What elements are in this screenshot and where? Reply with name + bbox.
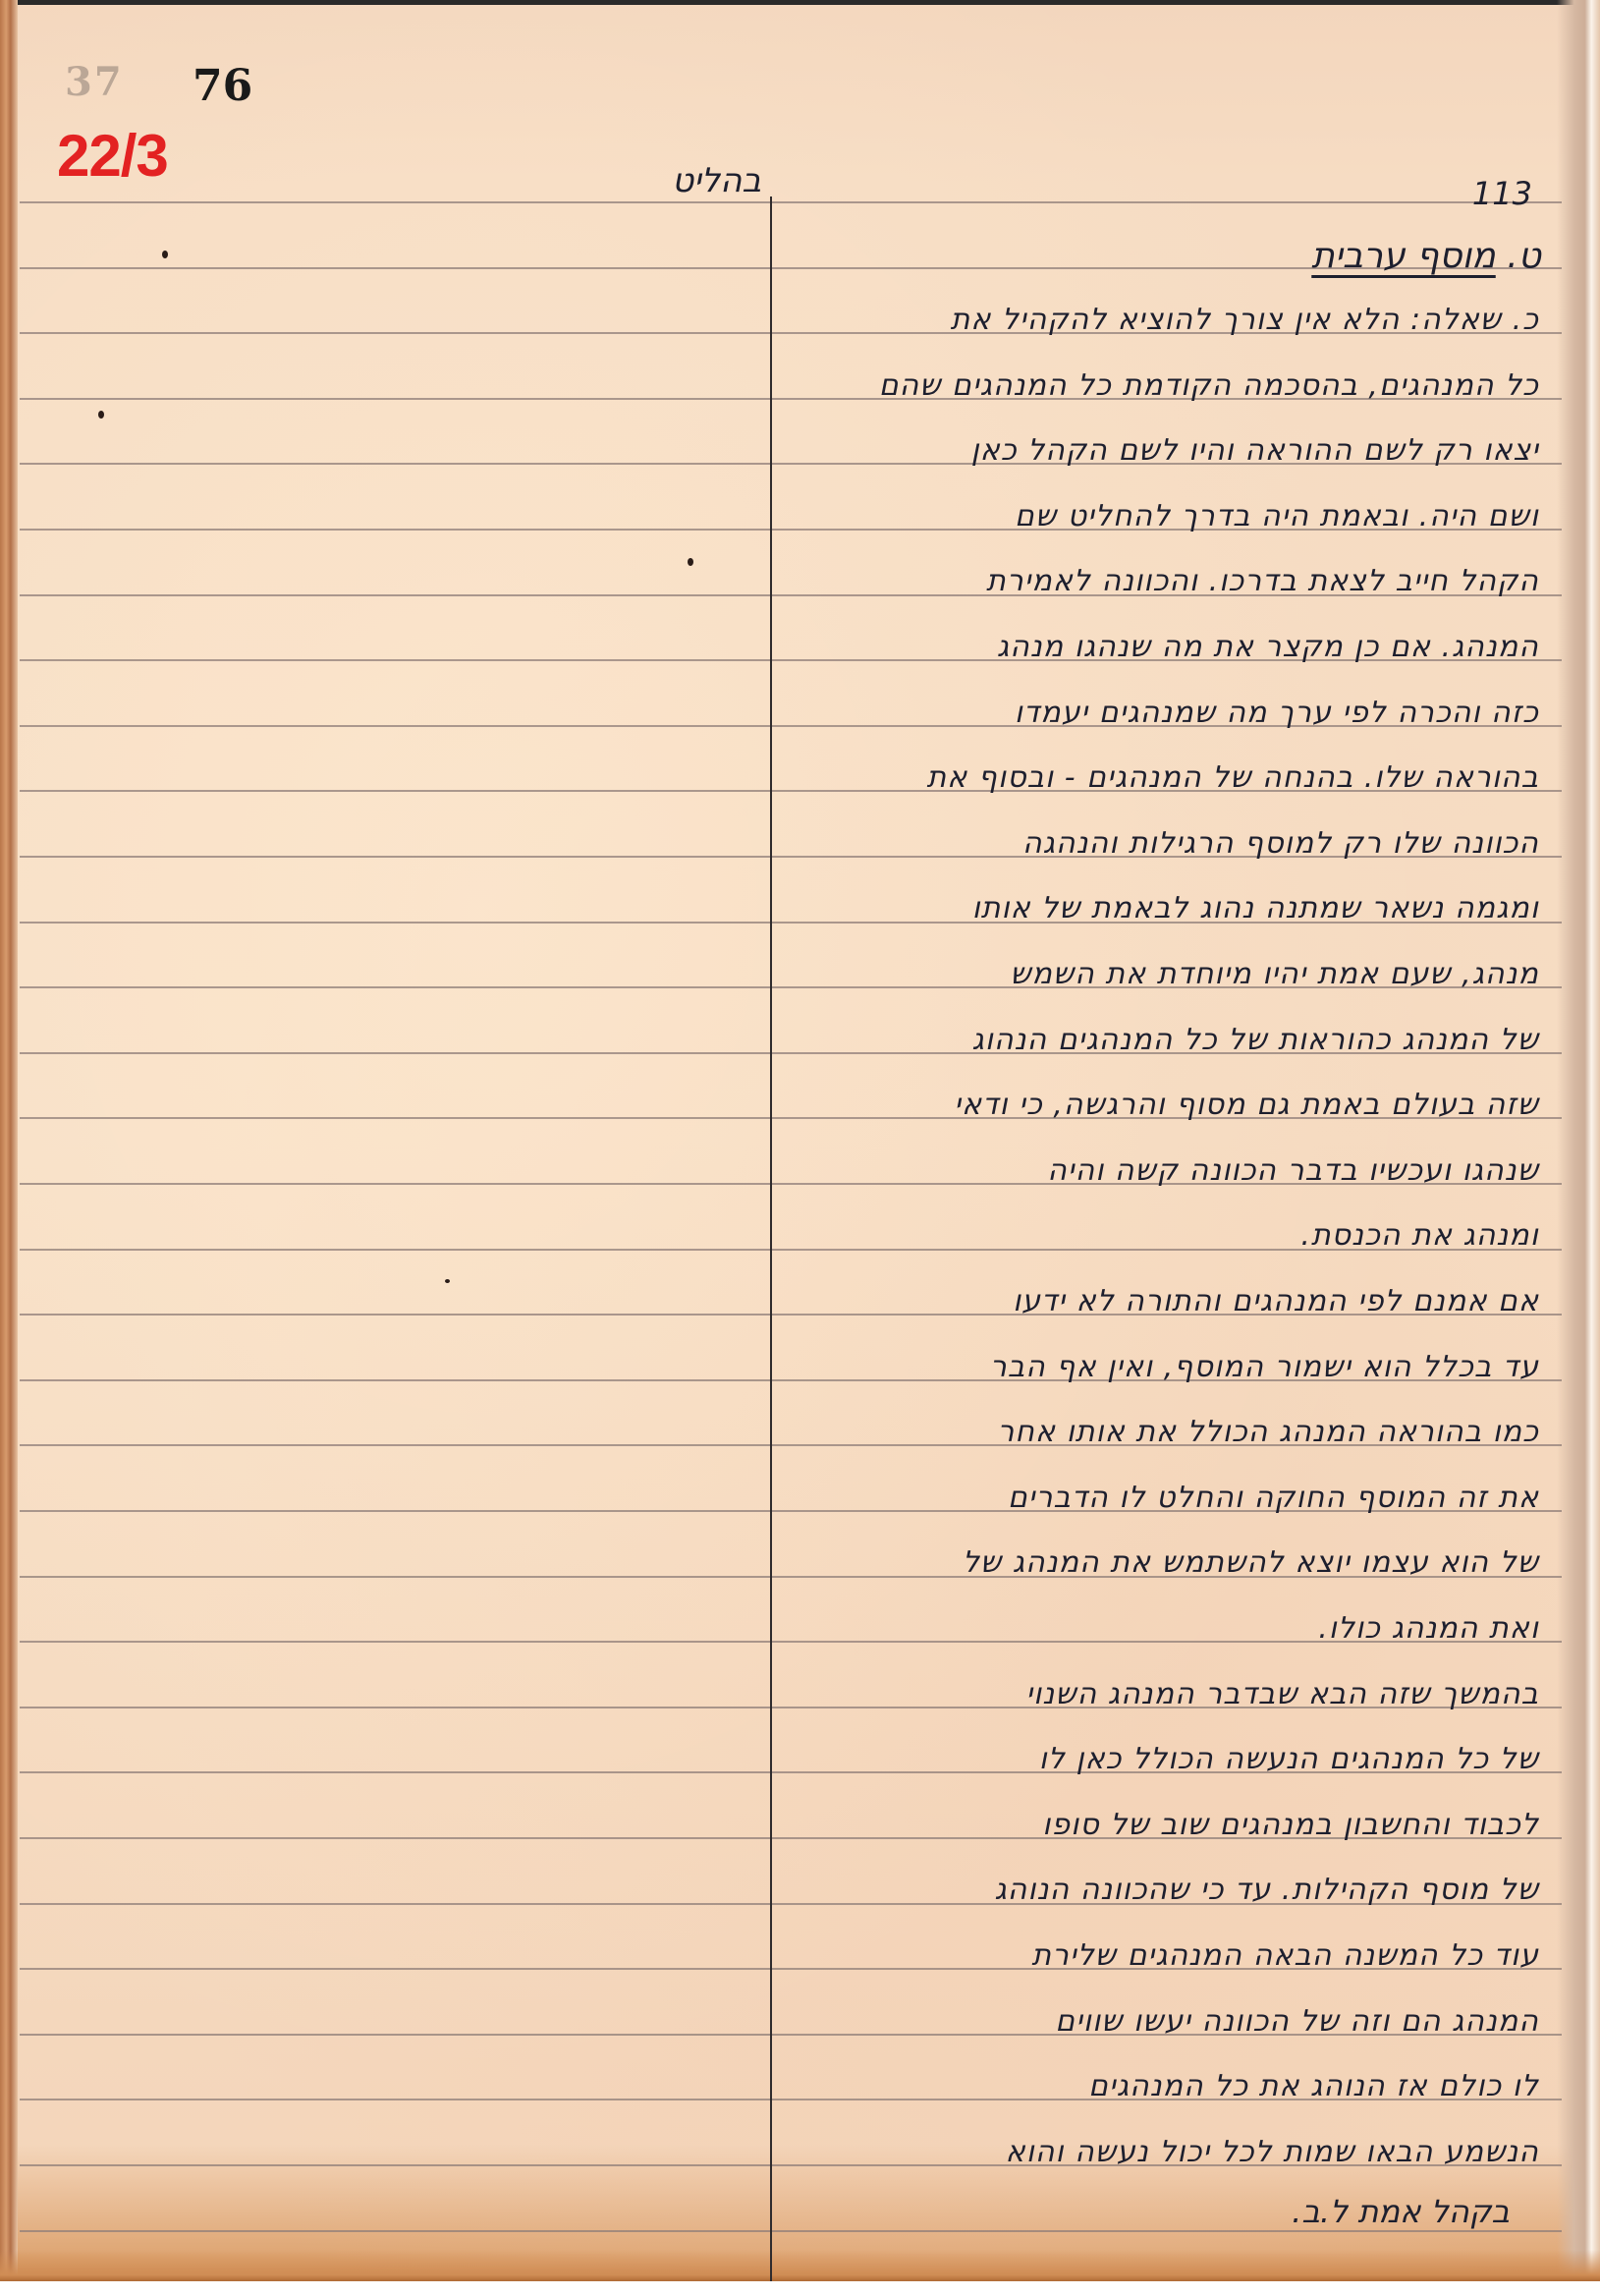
archive-label: 22/3	[57, 122, 168, 190]
handwritten-line: כזה והכרה לפי ערך מה שמנהגים יעמדו	[1015, 696, 1539, 730]
handwritten-line: כמו בהוראה המנהג הכולל את אותו אחר	[998, 1415, 1540, 1449]
section-title-text: מוסף ערבית	[1311, 236, 1495, 276]
handwritten-line: ומנהג את הכנסת.	[1300, 1218, 1539, 1253]
handwritten-line: עוד כל המשנה הבאה המנהגים שלירת	[1031, 1938, 1539, 1973]
handwritten-line: מנהג, שעם אמת יהיו מיוחדת את השמש	[1010, 957, 1539, 991]
signature: בקהל אמת ל.ב.	[1292, 2193, 1510, 2230]
ink-speck	[445, 1279, 450, 1283]
handwritten-line: אם אמנם לפי המנהגים והתורה לא ידעו	[1013, 1284, 1539, 1318]
ink-speck	[688, 558, 693, 566]
margin-divider-line	[770, 196, 772, 2281]
handwritten-line: כל המנהגים, בהסכמה הקודמת כל המנהגים שהם	[879, 368, 1539, 403]
ink-speck	[162, 251, 168, 258]
handwritten-line: שזה בעולם באמת גם מסוף והרגשה, כי ודאי	[954, 1088, 1539, 1122]
handwritten-line: עד בכלל הוא ישמור המוסף, ואין אף הבר	[990, 1350, 1539, 1384]
handwritten-line: של הוא עצמו יוצא להשתמש את המנהג של	[963, 1545, 1539, 1580]
handwritten-line: ואת המנהג כולו.	[1318, 1611, 1539, 1646]
handwritten-line: לו כולם אז הנוהג את כל המנהגים	[1088, 2069, 1539, 2103]
handwritten-line: בהוראה שלו. בהנחה של המנהגים - ובסוף את	[927, 760, 1539, 795]
scan-top-edge	[0, 0, 1600, 5]
handwritten-line: יצאו רק לשם ההוראה והיו לשם הקהל כאן	[971, 433, 1539, 468]
handwritten-line: המנהג. אם כן מקצר את מה שנהגו מנהג	[997, 630, 1539, 664]
handwritten-line: הכוונה שלו רק למוסף הרגילות והנהגה	[1022, 826, 1539, 861]
handwritten-line: הקהל חייב לצאת בדרכו. והכוונה לאמירת	[986, 564, 1539, 598]
handwritten-line: ומגמה נשאר שמתנה נהוג לבאמת של אותו	[972, 891, 1539, 925]
book-binding-edge	[1557, 0, 1600, 2281]
handwritten-line: המנהג הם וזה של הכוונה יעשו שווים	[1055, 2004, 1539, 2039]
margin-header: בהליט	[589, 161, 761, 200]
folio-number: 113	[1454, 175, 1532, 212]
handwritten-line: שנהגו ועכשיו בדבר הכוונה קשה והיה	[1047, 1153, 1539, 1188]
section-title: ט. מוסף ערבית	[1311, 236, 1541, 276]
ink-speck	[98, 411, 104, 419]
handwritten-line: בהמשך שזה הבא שבדבר המנהג השנוי	[1025, 1677, 1539, 1711]
handwritten-line: של המנהג כהוראות של כל המנהגים הנהוג	[971, 1023, 1539, 1057]
handwritten-line: ושם היה. ובאמת היה בדרך להחליט שם	[1015, 499, 1539, 533]
faded-stamped-number: 37	[65, 59, 124, 105]
handwritten-line: של כל המנהגים הנעשה הכולל כאן לו	[1039, 1742, 1539, 1776]
page-left-edge	[0, 0, 18, 2281]
ledger-page: 37 76 22/3 בהליט 113 ט. מוסף ערבית כ. שא…	[0, 0, 1600, 2281]
handwritten-line: לכבוד והחשבון במנהגים שוב של סופו	[1042, 1808, 1539, 1842]
ruled-line	[20, 2230, 1562, 2232]
handwritten-line: של מוסף הקהילות. עד כי שהכוונה הנוהג	[994, 1873, 1539, 1907]
section-title-prefix: ט.	[1507, 236, 1541, 276]
page-bottom-edge	[0, 2250, 1600, 2281]
page-number: 76	[193, 61, 252, 111]
ruled-line	[20, 201, 1562, 203]
handwritten-line: את זה המוסף החוקה והחלט לו הדברים	[1008, 1481, 1539, 1515]
handwritten-line: הנשמע הבאו שמות לכל יכול נעשה והוא	[1006, 2135, 1539, 2169]
handwritten-line: כ. שאלה: הלא אין צורך להוציא להקהיל את	[951, 303, 1539, 337]
